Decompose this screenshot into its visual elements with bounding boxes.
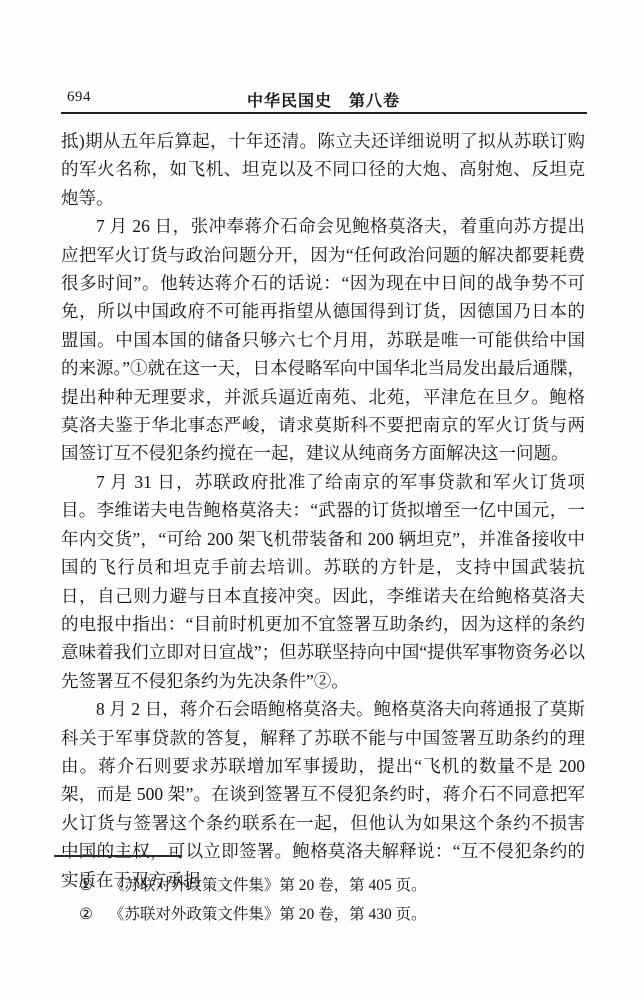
paragraph: 7 月 26 日，张冲奉蒋介石命会见鲍格莫洛夫，着重向苏方提出应把军火订货与政治… [61, 212, 585, 468]
header-rule [61, 112, 587, 114]
page-header: 694 中华民国史 第八卷 [61, 88, 586, 110]
footnote: ② 《苏联对外政策文件集》第 20 卷，第 430 页。 [54, 900, 586, 929]
footnote-marker: ② [79, 900, 93, 929]
footnotes: ① 《苏联对外政策文件集》第 20 卷，第 405 页。 ② 《苏联对外政策文件… [54, 855, 586, 929]
paragraph-continuation: 抵)期从五年后算起，十年还清。陈立夫还详细说明了拟从苏联订购的军火名称，如飞机、… [61, 127, 585, 212]
running-title: 中华民国史 第八卷 [61, 88, 586, 111]
footnote-text: 《苏联对外政策文件集》第 20 卷，第 405 页。 [109, 871, 586, 900]
paragraph: 7 月 31 日，苏联政府批准了给南京的军事贷款和军火订货项目。李维诺夫电告鲍格… [61, 468, 585, 695]
footnote-separator [54, 855, 182, 857]
footnote-marker: ① [79, 871, 93, 900]
body-text: 抵)期从五年后算起，十年还清。陈立夫还详细说明了拟从苏联订购的军火名称，如飞机、… [61, 127, 585, 894]
footnote-text: 《苏联对外政策文件集》第 20 卷，第 430 页。 [109, 900, 586, 929]
book-page: 694 中华民国史 第八卷 抵)期从五年后算起，十年还清。陈立夫还详细说明了拟从… [0, 0, 644, 1000]
footnote: ① 《苏联对外政策文件集》第 20 卷，第 405 页。 [54, 871, 586, 900]
